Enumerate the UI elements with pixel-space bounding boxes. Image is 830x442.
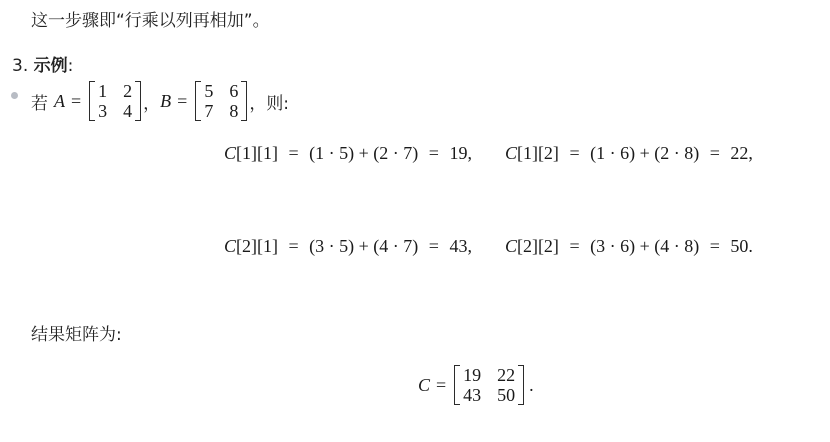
matrix-cell: 4 — [123, 101, 132, 121]
section-colon: : — [68, 56, 74, 76]
matrix-a-label: A — [54, 91, 65, 111]
matrix-a: 1 2 3 4 — [89, 81, 141, 121]
comma: ， — [143, 89, 160, 114]
equation-row-1: CC[1][1][1][1] = (1 · 5) + (2 · 7) = 19,… — [224, 143, 753, 164]
period: . — [529, 375, 534, 396]
matrix-cell: 2 — [123, 81, 132, 101]
equation-row-2: CC[2][1][2][1] = (3 · 5) + (4 · 7) = 43,… — [224, 236, 753, 257]
matrix-c: 19 22 43 50 — [454, 365, 524, 405]
eq-rhs: (3 · 6) + (4 · 8) — [590, 236, 699, 256]
matrix-cell: 8 — [229, 101, 238, 121]
eq-result: 22, — [730, 143, 753, 163]
eq-rhs: (3 · 5) + (4 · 7) — [309, 236, 418, 256]
matrix-cell: 22 — [497, 365, 515, 385]
bullet-line: 若 A = 1 2 3 4 ， B = 5 6 7 8 ， 则: — [31, 78, 289, 124]
result-label: 结果矩阵为: — [31, 320, 122, 345]
matrix-b: 5 6 7 8 — [195, 81, 247, 121]
section-title: 示例 — [34, 56, 68, 76]
bullet-suffix: 则: — [266, 89, 289, 114]
eq-result: 43, — [449, 236, 472, 256]
section-number: 3. — [12, 56, 28, 76]
matrix-cell: 7 — [204, 101, 213, 121]
matrix-cell: 43 — [463, 385, 481, 405]
matrix-cell: 5 — [204, 81, 213, 101]
intro-text: 这一步骤即“行乘以列再相加”。 — [31, 6, 270, 31]
bullet-icon — [11, 92, 18, 99]
section-heading: 3. 示例: — [12, 51, 73, 76]
eq-rhs: (1 · 5) + (2 · 7) — [309, 143, 418, 163]
matrix-b-label: B — [160, 91, 171, 112]
matrix-cell: 1 — [98, 81, 107, 101]
matrix-cell: 3 — [98, 101, 107, 121]
matrix-cell: 50 — [497, 385, 515, 405]
matrix-cell: 6 — [229, 81, 238, 101]
matrix-cell: 19 — [463, 365, 481, 385]
result-equation: C = 19 22 43 50 . — [418, 362, 534, 408]
eq-result: 19, — [449, 143, 472, 163]
eq-rhs: (1 · 6) + (2 · 8) — [590, 143, 699, 163]
comma: ， — [249, 89, 266, 114]
bullet-prefix: 若 — [31, 89, 48, 114]
eq-result: 50. — [730, 236, 753, 256]
matrix-c-label: C — [418, 375, 430, 396]
